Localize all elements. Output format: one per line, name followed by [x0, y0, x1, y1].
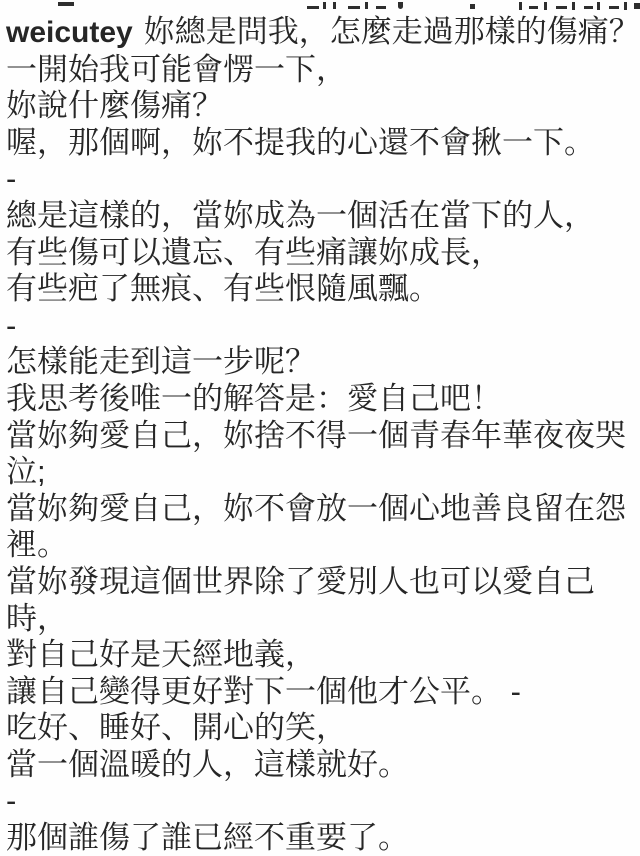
caption-line: 喔，那個啊，妳不提我的心還不會揪一下。 — [6, 125, 636, 162]
glyph-fragment — [307, 6, 319, 9]
glyph-fragment — [365, 2, 368, 9]
cropped-text-line — [6, 0, 636, 14]
glyph-fragment — [333, 2, 336, 9]
caption-line-separator: - — [6, 161, 636, 198]
glyph-fragment — [323, 2, 326, 9]
glyph-fragment — [597, 2, 600, 10]
glyph-fragment — [584, 6, 593, 9]
caption-line: 我思考後唯一的解答是：愛自己吧！ — [6, 381, 636, 418]
caption-line-separator: - — [6, 308, 636, 345]
username-link[interactable]: weicutey — [6, 16, 133, 49]
caption-line: 對自己好是天經地義， — [6, 637, 636, 674]
caption-line: 裡。 — [6, 527, 636, 564]
caption-line: 時， — [6, 601, 636, 638]
caption-line-first: weicutey妳總是問我，怎麼走過那樣的傷痛？ — [6, 14, 636, 52]
caption-text: 妳總是問我，怎麼走過那樣的傷痛？ — [144, 14, 640, 49]
caption-line: 總是這樣的，當妳成為一個活在當下的人， — [6, 198, 636, 235]
glyph-fragment — [572, 2, 575, 10]
glyph-fragment — [634, 3, 640, 9]
caption-line: 讓自己變得更好對下一個他才公平。 - — [6, 674, 636, 711]
caption-line: 泣; — [6, 454, 636, 491]
glyph-fragment — [519, 2, 522, 10]
glyph-fragment — [529, 6, 538, 9]
caption-line: 吃好、睡好、開心的笑， — [6, 710, 636, 747]
caption-post: weicutey妳總是問我，怎麼走過那樣的傷痛？ 一開始我可能會愣一下， 妳說什… — [0, 0, 640, 856]
caption-line: 當妳夠愛自己，妳不會放一個心地善良留在怨 — [6, 491, 636, 528]
caption-line: 當妳夠愛自己，妳捨不得一個青春年華夜夜哭 — [6, 418, 636, 455]
caption-line: 當一個溫暖的人，這樣就好。 — [6, 747, 636, 784]
caption-line: 怎樣能走到這一步呢？ — [6, 344, 636, 381]
glyph-fragment — [376, 6, 386, 9]
caption-line: 有些疤了無痕、有些恨隨風飄。 — [6, 271, 636, 308]
caption-line: 一開始我可能會愣一下， — [6, 52, 636, 89]
glyph-fragment — [544, 2, 547, 10]
caption-line-separator: - — [6, 783, 636, 820]
glyph-fragment — [470, 4, 475, 9]
caption-line: 當妳發現這個世界除了愛別人也可以愛自己 — [6, 564, 636, 601]
glyph-fragment — [348, 6, 360, 9]
glyph-fragment — [398, 2, 403, 9]
glyph-fragment — [556, 6, 567, 9]
caption-line: 有些傷可以遺忘、有些痛讓妳成長， — [6, 235, 636, 272]
glyph-fragment — [609, 6, 619, 9]
caption-line: 妳說什麼傷痛？ — [6, 88, 636, 125]
glyph-fragment — [624, 2, 627, 10]
caption-line: 那個誰傷了誰已經不重要了。 — [6, 820, 636, 856]
glyph-fragment — [58, 2, 74, 6]
